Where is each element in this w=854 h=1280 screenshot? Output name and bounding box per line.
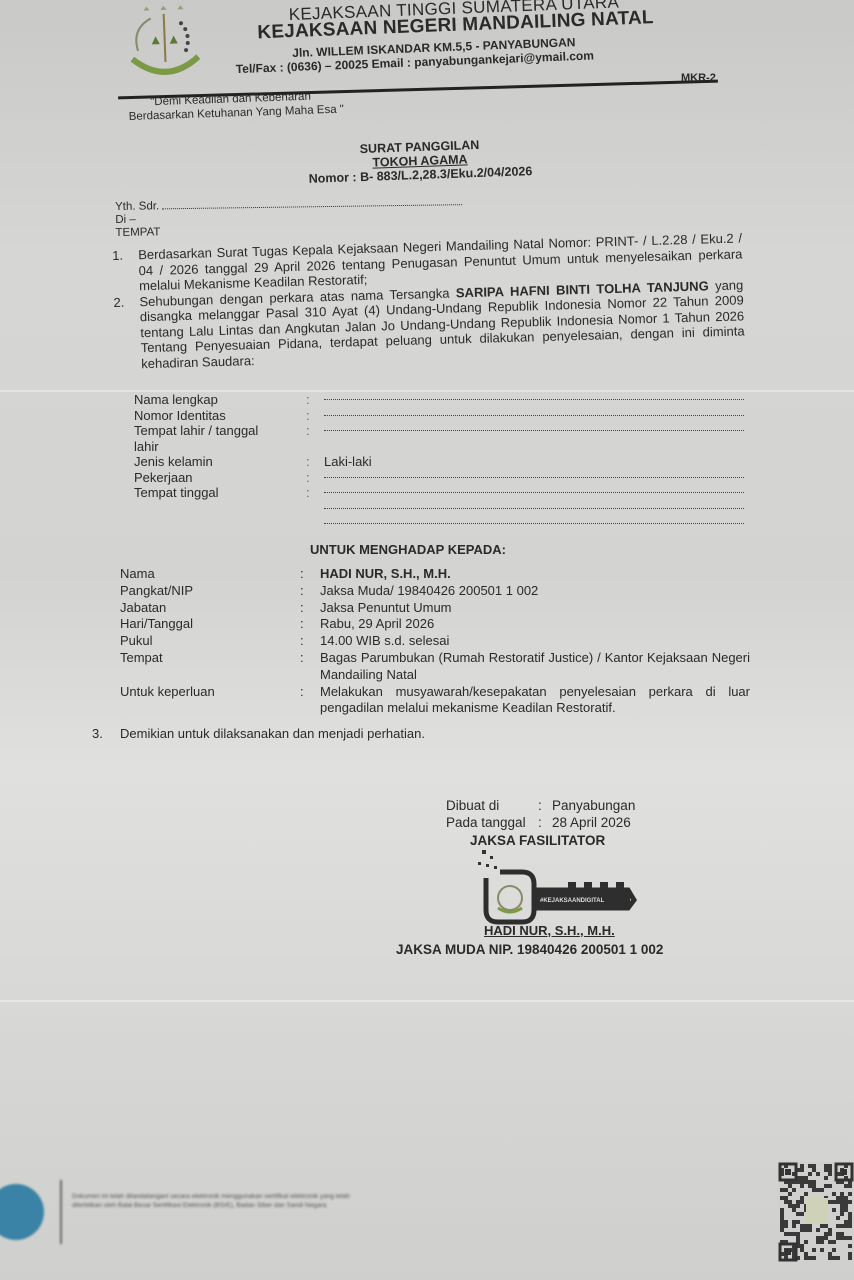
bsre-key-icon (0, 1184, 44, 1240)
paragraph-text: Sehubungan dengan perkara atas nama Ters… (139, 277, 745, 371)
letter-title: SURAT PANGGILAN TOKOH AGAMA Nomor : B- 8… (289, 135, 550, 186)
field-label: Jenis kelamin (134, 454, 306, 470)
field-colon: : (306, 454, 324, 470)
paper-fold (0, 1000, 854, 1002)
meeting-value: Rabu, 29 April 2026 (320, 616, 750, 633)
paragraph-number: 2. (113, 294, 141, 372)
field-blank-ttl[interactable] (324, 421, 744, 431)
field-blank-nama[interactable] (324, 390, 744, 400)
meeting-row: Nama:HADI NUR, S.H., M.H. (120, 566, 750, 583)
meeting-label: Hari/Tanggal (120, 616, 300, 633)
esign-disclaimer: Dokumen ini telah ditandatangani secara … (72, 1192, 372, 1210)
paragraph-text: Demikian untuk dilaksanakan dan menjadi … (120, 726, 425, 741)
meeting-label: Tempat (120, 650, 300, 684)
meeting-row: Pukul:14.00 WIB s.d. selesai (120, 633, 750, 650)
place-label: Dibuat di (446, 797, 538, 814)
recipient-block: Yth. Sdr. Di – TEMPAT (115, 195, 463, 240)
meeting-heading: UNTUK MENGHADAP KEPADA: (310, 542, 506, 557)
field-blank-pekerjaan[interactable] (324, 468, 744, 478)
field-blank-alamat-2[interactable] (324, 499, 744, 509)
paragraph-number: 3. (92, 726, 120, 741)
signer-rank-nip: JAKSA MUDA NIP. 19840426 200501 1 002 (396, 942, 663, 957)
recipient-blank (162, 195, 462, 209)
field-colon: : (306, 408, 324, 424)
digital-signature-stamp-icon: #KEJAKSAANDIGITAL (478, 848, 638, 926)
paragraph-number: 1. (112, 247, 139, 294)
field-label: Tempat tinggal (134, 485, 306, 501)
meeting-value: Jaksa Penuntut Umum (320, 600, 750, 617)
meeting-label: Untuk keperluan (120, 684, 300, 718)
meeting-row: Pangkat/NIP:Jaksa Muda/ 19840426 200501 … (120, 583, 750, 600)
meeting-row: Jabatan:Jaksa Penuntut Umum (120, 600, 750, 617)
paragraph-3: 3.Demikian untuk dilaksanakan dan menjad… (92, 726, 425, 741)
meeting-label: Jabatan (120, 600, 300, 617)
meeting-row: Hari/Tanggal:Rabu, 29 April 2026 (120, 616, 750, 633)
signer-title: JAKSA FASILITATOR (470, 833, 605, 848)
meeting-label: Nama (120, 566, 300, 583)
paragraph-2: 2. Sehubungan dengan perkara atas nama T… (113, 277, 745, 372)
field-blank-alamat[interactable] (324, 483, 744, 493)
date-label: Pada tanggal (446, 814, 538, 831)
meeting-value: Bagas Parumbukan (Rumah Restoratif Justi… (320, 650, 750, 684)
field-row: lahir (134, 439, 744, 455)
meeting-value: 14.00 WIB s.d. selesai (320, 633, 750, 650)
meeting-value: HADI NUR, S.H., M.H. (320, 566, 750, 583)
meeting-value: Melakukan musyawarah/kesepakatan penyele… (320, 684, 750, 718)
esign-footer: Dokumen ini telah ditandatangani secara … (0, 1180, 400, 1260)
meeting-details: Nama:HADI NUR, S.H., M.H. Pangkat/NIP:Ja… (120, 566, 750, 717)
letterhead: KEJAKSAAN REPUBLIK INDONESIA KEJAKSAAN T… (108, 0, 751, 100)
signature-place-date: Dibuat di:Panyabungan Pada tanggal:28 Ap… (446, 797, 635, 831)
qr-code-icon[interactable] (778, 1162, 854, 1262)
field-row-continued (134, 516, 744, 532)
document-page: KEJAKSAAN REPUBLIK INDONESIA KEJAKSAAN T… (0, 0, 854, 1280)
meeting-value: Jaksa Muda/ 19840426 200501 1 002 (320, 583, 750, 600)
place-value: Panyabungan (552, 797, 635, 814)
meeting-row: Untuk keperluan:Melakukan musyawarah/kes… (120, 684, 750, 718)
svg-text:#KEJAKSAANDIGITAL: #KEJAKSAANDIGITAL (540, 898, 605, 904)
field-label: Tempat lahir / tanggal (134, 423, 306, 439)
field-label: Nama lengkap (134, 392, 306, 408)
attendee-fields: Nama lengkap: Nomor Identitas: Tempat la… (134, 392, 744, 532)
field-label: lahir (134, 439, 306, 455)
field-colon: : (306, 423, 324, 439)
kejaksaan-emblem-icon (118, 4, 211, 79)
recipient-label: Yth. Sdr. (115, 200, 159, 213)
field-blank-identitas[interactable] (324, 406, 744, 416)
footer-separator (60, 1180, 62, 1244)
field-row: Tempat lahir / tanggal: (134, 423, 744, 439)
meeting-label: Pukul (120, 633, 300, 650)
field-label: Nomor Identitas (134, 408, 306, 424)
form-code: MKR-2 (681, 72, 716, 84)
field-colon: : (306, 470, 324, 486)
field-blank-alamat-3[interactable] (324, 514, 744, 524)
letter-body: 1. Berdasarkan Surat Tugas Kepala Kejaks… (112, 230, 745, 372)
field-colon: : (306, 392, 324, 408)
date-value: 28 April 2026 (552, 814, 631, 831)
meeting-label: Pangkat/NIP (120, 583, 300, 600)
field-label: Pekerjaan (134, 470, 306, 486)
meeting-row: Tempat:Bagas Parumbukan (Rumah Restorati… (120, 650, 750, 684)
signer-name: HADI NUR, S.H., M.H. (484, 923, 615, 938)
field-colon: : (306, 485, 324, 501)
